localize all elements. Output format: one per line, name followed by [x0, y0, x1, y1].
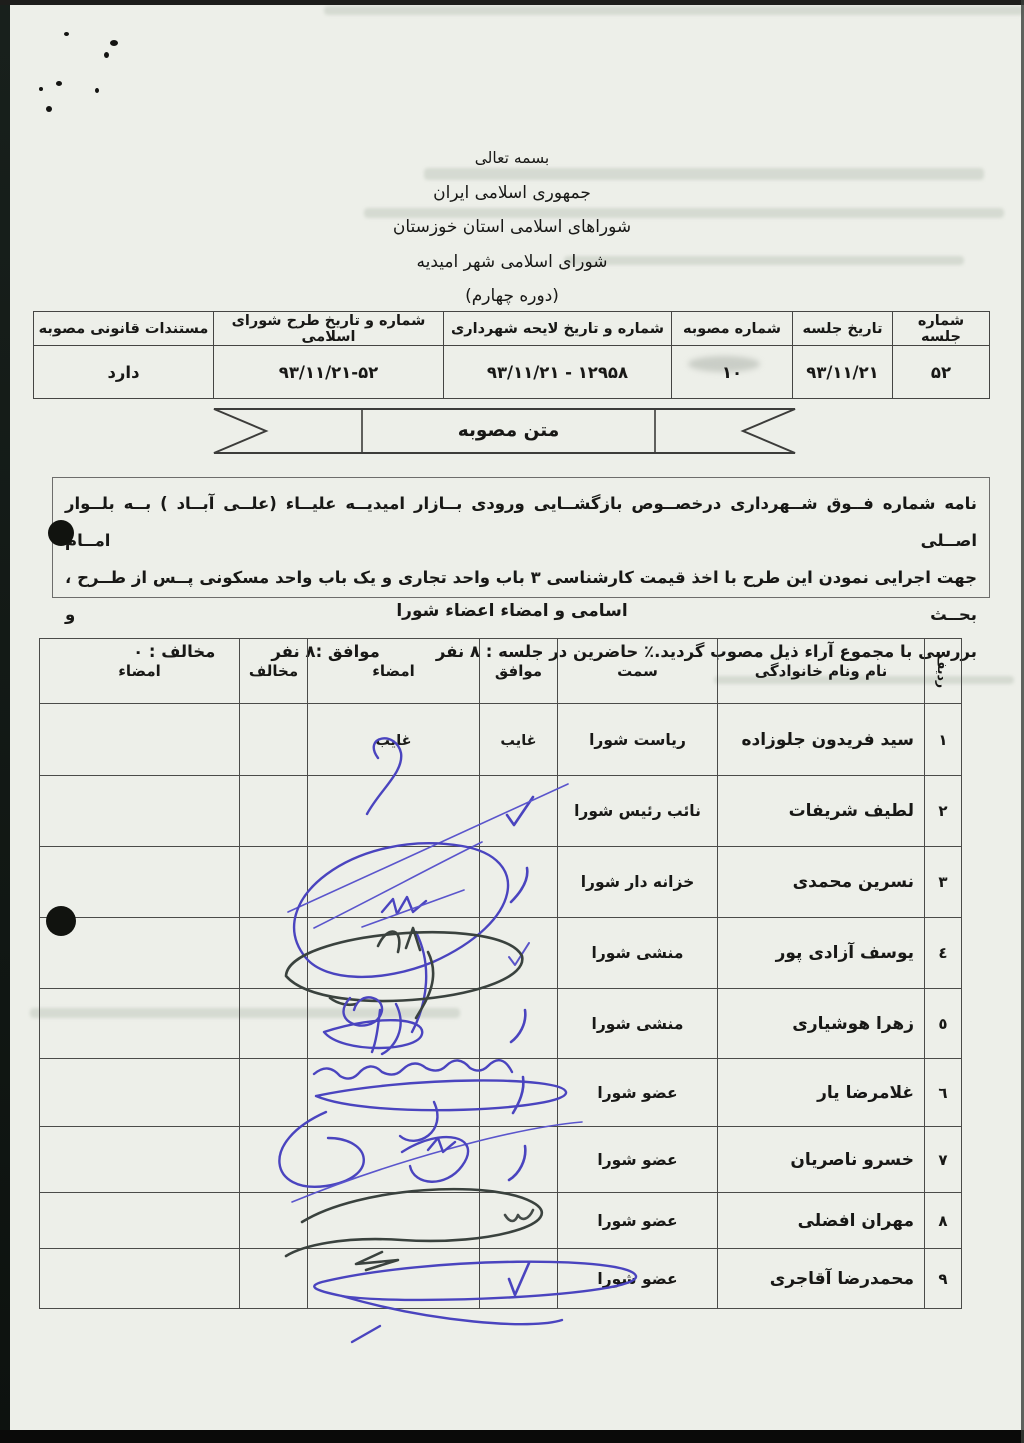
- member-row: ٤ یوسف آزادی پور منشی شورا: [40, 918, 962, 989]
- check-mark: [497, 927, 541, 979]
- member-position: عضو شورا: [558, 1193, 718, 1249]
- letterhead-line: بسمه تعالی: [0, 141, 1024, 176]
- row-number: ٦: [925, 1059, 962, 1127]
- ink-speck: [46, 106, 52, 112]
- meta-value-session-no: ۵۲: [893, 346, 990, 399]
- members-header-name: نام ونام خانوادگی: [718, 639, 925, 704]
- meta-header-row: شماره جلسه تاریخ جلسه شماره مصوبه شماره …: [34, 312, 990, 346]
- signature-cell: [308, 776, 480, 847]
- meta-header-session-date: تاریخ جلسه: [793, 312, 893, 346]
- ink-speck: [39, 87, 43, 91]
- member-position: عضو شورا: [558, 1127, 718, 1193]
- agree-cell: [480, 1127, 558, 1193]
- member-row: ٣ نسرین محمدی خزانه دار شورا: [40, 847, 962, 918]
- signature-cell: [308, 989, 480, 1059]
- member-name: محمدرضا آقاجری: [718, 1249, 925, 1309]
- plan-number-date: ۹۳/۱۱/۲۱-۵۲: [279, 363, 378, 382]
- oppose-cell: [240, 918, 308, 989]
- member-name: لطیف شریفات: [718, 776, 925, 847]
- oppose-cell: [240, 1127, 308, 1193]
- agree-cell: [480, 1249, 558, 1309]
- signature-cell-2: [40, 989, 240, 1059]
- members-header-signature-2: امضاء: [40, 639, 240, 704]
- members-header-position: سمت: [558, 639, 718, 704]
- resolution-number: ۱۰: [722, 363, 742, 382]
- signature-cell-2: [40, 1249, 240, 1309]
- members-header-agree: موافق: [480, 639, 558, 704]
- session-number: ۵۲: [931, 363, 951, 382]
- absent-note: غایب: [500, 733, 536, 749]
- member-name: سید فریدون جلوزاده: [718, 704, 925, 776]
- letterhead-line: شورای اسلامی شهر امیدیه: [0, 245, 1024, 280]
- resolution-line-1: نامه شماره فــوق شــهرداری درخصــوص بازگ…: [65, 485, 977, 559]
- meta-header-resolution-no: شماره مصوبه: [672, 312, 793, 346]
- letterhead-line: (دوره چهارم): [0, 279, 1024, 314]
- members-signature-table: ردیف نام ونام خانوادگی سمت موافق امضاء م…: [39, 638, 962, 1309]
- signature-cell: [308, 847, 480, 918]
- member-position: ریاست شورا: [558, 704, 718, 776]
- members-section-title: اسامی و امضاء اعضاء شورا: [0, 601, 1024, 621]
- letterhead-line: جمهوری اسلامی ایران: [0, 176, 1024, 211]
- resolution-text-banner: متن مصوبه: [212, 401, 797, 463]
- agree-cell: [480, 847, 558, 918]
- scan-edge-bottom: [0, 1430, 1024, 1443]
- meta-header-plan-no-date: شماره و تاریخ طرح شورای اسلامی: [214, 312, 444, 346]
- agree-cell: [480, 776, 558, 847]
- signature-cell: [308, 1249, 480, 1309]
- oppose-cell: [240, 989, 308, 1059]
- check-mark: [497, 856, 541, 908]
- letterhead: بسمه تعالی جمهوری اسلامی ایران شوراهای ا…: [0, 141, 1024, 314]
- member-name: غلامرضا یار: [718, 1059, 925, 1127]
- banner-title: متن مصوبه: [362, 401, 655, 459]
- oppose-cell: [240, 704, 308, 776]
- meta-header-legal-docs: مستندات قانونی مصوبه: [34, 312, 214, 346]
- member-position: منشی شورا: [558, 918, 718, 989]
- ink-speck: [64, 32, 69, 36]
- punch-hole: [48, 520, 74, 546]
- punch-hole: [46, 906, 76, 936]
- member-row: ٨ مهران افضلی عضو شورا: [40, 1193, 962, 1249]
- row-number: ٤: [925, 918, 962, 989]
- bill-number-date: ۹۳/۱۱/۲۱ - ۱۲۹۵۸: [487, 363, 628, 382]
- letterhead-line: شوراهای اسلامی استان خوزستان: [0, 210, 1024, 245]
- signature-cell-2: [40, 1127, 240, 1193]
- member-row: ١ سید فریدون جلوزاده ریاست شورا غایب غای…: [40, 704, 962, 776]
- row-number: ١: [925, 704, 962, 776]
- signature-cell: [308, 1127, 480, 1193]
- member-row: ٦ غلامرضا یار عضو شورا: [40, 1059, 962, 1127]
- member-name: خسرو ناصریان: [718, 1127, 925, 1193]
- member-position: خزانه دار شورا: [558, 847, 718, 918]
- member-position: عضو شورا: [558, 1249, 718, 1309]
- signature-cell: [308, 1059, 480, 1127]
- row-number: ٧: [925, 1127, 962, 1193]
- members-header-row: ردیف نام ونام خانوادگی سمت موافق امضاء م…: [40, 639, 962, 704]
- member-row: ٩ محمدرضا آقاجری عضو شورا: [40, 1249, 962, 1309]
- member-name: نسرین محمدی: [718, 847, 925, 918]
- member-row: ٥ زهرا هوشیاری منشی شورا: [40, 989, 962, 1059]
- check-mark: [497, 1134, 541, 1186]
- scan-streak: [324, 6, 1024, 15]
- oppose-cell: [240, 1193, 308, 1249]
- member-name: مهران افضلی: [718, 1193, 925, 1249]
- ink-speck: [95, 88, 99, 93]
- check-mark: [497, 998, 541, 1050]
- members-header-signature: امضاء: [308, 639, 480, 704]
- oppose-cell: [240, 1249, 308, 1309]
- scan-edge-left: [0, 0, 10, 1443]
- agree-cell: [480, 1059, 558, 1127]
- member-position: نائب رئیس شورا: [558, 776, 718, 847]
- meta-header-bill-no-date: شماره و تاریخ لایحه شهرداری: [444, 312, 672, 346]
- agree-cell: [480, 989, 558, 1059]
- scanned-council-resolution-page: بسمه تعالی جمهوری اسلامی ایران شوراهای ا…: [0, 0, 1024, 1443]
- member-position: عضو شورا: [558, 1059, 718, 1127]
- signature-cell-2: [40, 776, 240, 847]
- resolution-text-box: نامه شماره فــوق شــهرداری درخصــوص بازگ…: [52, 477, 990, 598]
- check-mark: [497, 1253, 541, 1305]
- meta-value-plan-no-date: ۹۳/۱۱/۲۱-۵۲: [214, 346, 444, 399]
- signature-cell-2: [40, 847, 240, 918]
- row-number: ٩: [925, 1249, 962, 1309]
- meta-value-legal-docs: دارد: [34, 346, 214, 399]
- signature-cell: غایب: [308, 704, 480, 776]
- resolution-meta-table: شماره جلسه تاریخ جلسه شماره مصوبه شماره …: [33, 311, 990, 399]
- absent-note: غایب: [375, 733, 411, 749]
- signature-cell: [308, 918, 480, 989]
- member-row: ٢ لطیف شریفات نائب رئیس شورا: [40, 776, 962, 847]
- oppose-cell: [240, 847, 308, 918]
- oppose-cell: [240, 776, 308, 847]
- member-position: منشی شورا: [558, 989, 718, 1059]
- ink-speck: [56, 81, 62, 86]
- signature-cell: [308, 1193, 480, 1249]
- meta-value-session-date: ۹۳/۱۱/۲۱: [793, 346, 893, 399]
- ink-speck: [104, 52, 109, 58]
- signature-cell-2: [40, 1059, 240, 1127]
- meta-value-row: ۵۲ ۹۳/۱۱/۲۱ ۱۰ ۹۳/۱۱/۲۱ - ۱۲۹۵۸ ۹۳/۱۱/۲۱…: [34, 346, 990, 399]
- row-number: ٥: [925, 989, 962, 1059]
- agree-cell: [480, 918, 558, 989]
- meta-value-bill-no-date: ۹۳/۱۱/۲۱ - ۱۲۹۵۸: [444, 346, 672, 399]
- check-mark: [497, 1195, 541, 1247]
- members-header-oppose: مخالف: [240, 639, 308, 704]
- check-mark: [497, 1067, 541, 1119]
- agree-cell: [480, 1193, 558, 1249]
- session-date: ۹۳/۱۱/۲۱: [806, 363, 878, 382]
- agree-cell: غایب: [480, 704, 558, 776]
- members-header-row-no: ردیف: [925, 639, 962, 704]
- meta-header-session-no: شماره جلسه: [893, 312, 990, 346]
- row-number: ٢: [925, 776, 962, 847]
- row-number: ٣: [925, 847, 962, 918]
- check-mark: [497, 785, 541, 837]
- signature-cell-2: [40, 1193, 240, 1249]
- meta-value-resolution-no: ۱۰: [672, 346, 793, 399]
- resolution-line-2: جهت اجرایی نمودن این طرح با اخذ قیمت کار…: [65, 559, 977, 633]
- member-row: ٧ خسرو ناصریان عضو شورا: [40, 1127, 962, 1193]
- oppose-cell: [240, 1059, 308, 1127]
- member-name: زهرا هوشیاری: [718, 989, 925, 1059]
- signature-cell-2: [40, 704, 240, 776]
- row-number: ٨: [925, 1193, 962, 1249]
- ink-speck: [110, 40, 118, 46]
- scan-edge-top: [0, 0, 1024, 5]
- member-name: یوسف آزادی پور: [718, 918, 925, 989]
